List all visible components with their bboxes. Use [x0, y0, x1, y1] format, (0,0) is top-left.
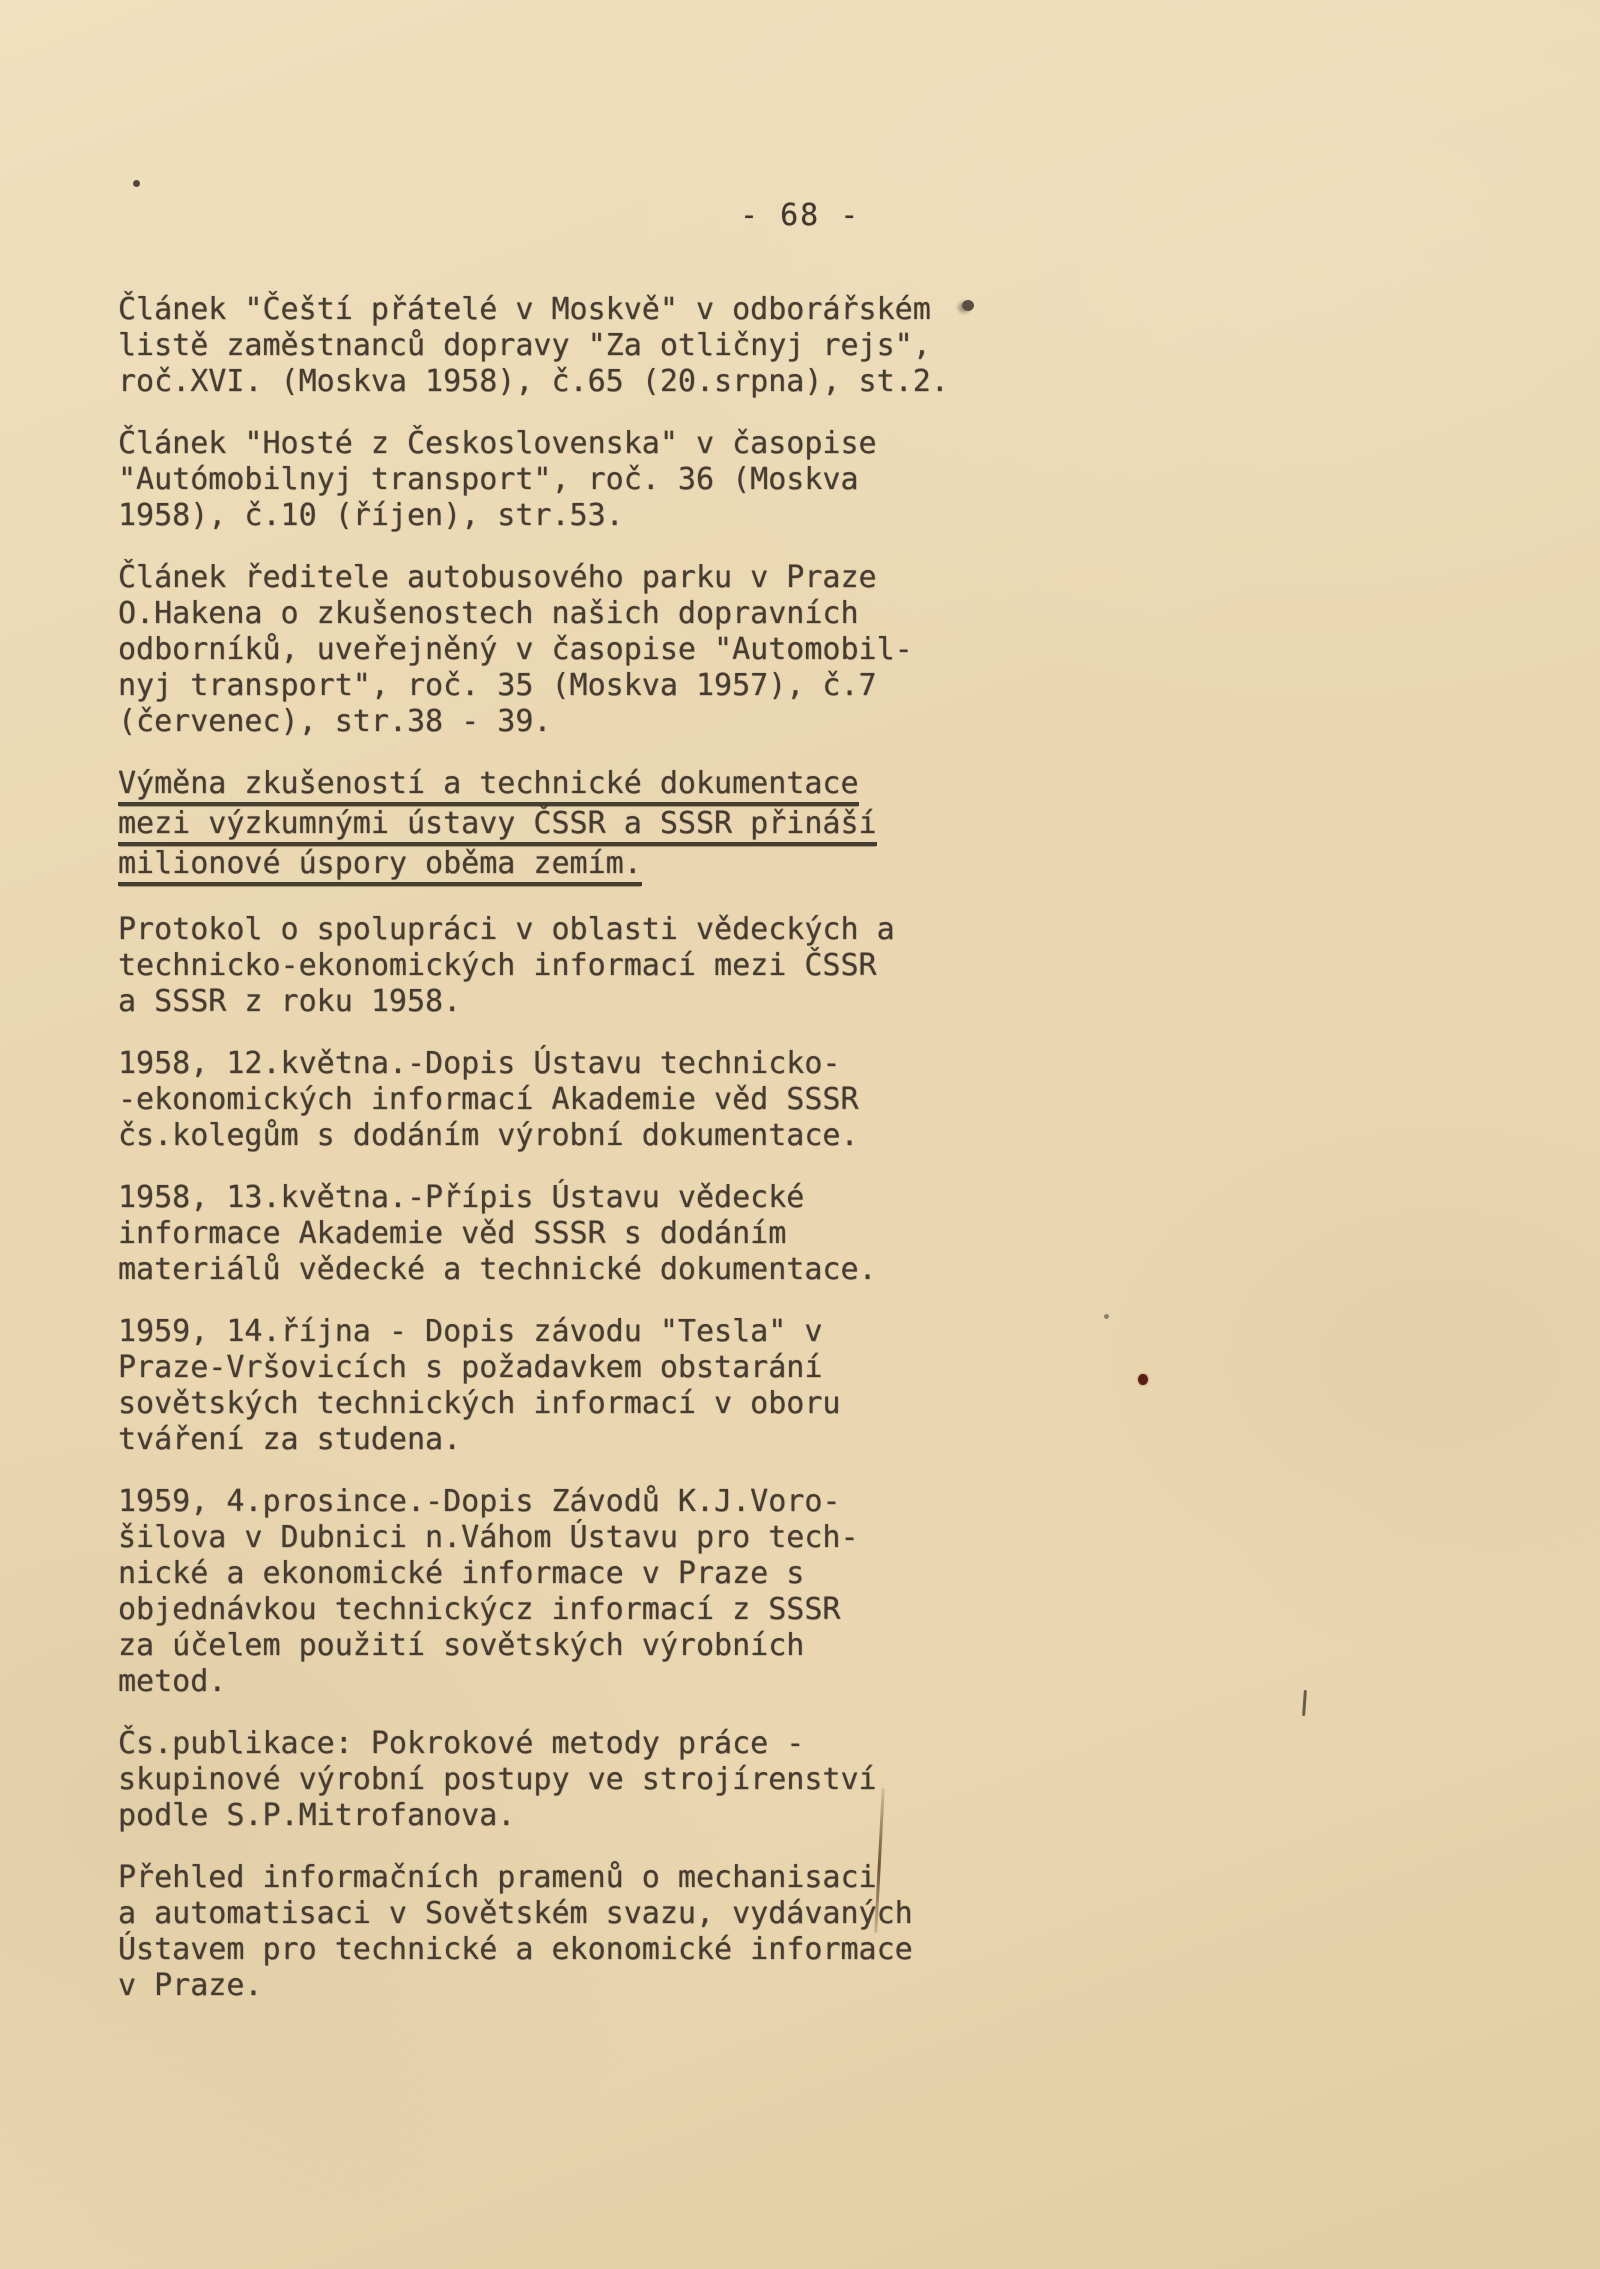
- paragraph: Článek "Čeští přátelé v Moskvě" v odborá…: [118, 292, 1018, 400]
- text-line: Článek "Hosté z Československa" v časopi…: [118, 426, 1018, 462]
- text-line: metod.: [118, 1664, 1018, 1700]
- underlined-heading: Výměna zkušeností a technické dokumentac…: [118, 766, 1018, 886]
- paragraph: 1958, 12.května.-Dopis Ústavu technicko-…: [118, 1046, 1018, 1154]
- text-line: nické a ekonomické informace v Praze s: [118, 1556, 1018, 1592]
- page-number: - 68 -: [740, 198, 860, 233]
- text-line: objednávkou technickýcz informací z SSSR: [118, 1592, 1018, 1628]
- text-line: roč.XVI. (Moskva 1958), č.65 (20.srpna),…: [118, 364, 1018, 400]
- paragraph: Přehled informačních pramenů o mechanisa…: [118, 1860, 1018, 2004]
- text-line: 1958, 13.května.-Přípis Ústavu vědecké: [118, 1180, 1018, 1216]
- paper-speck: [1104, 1314, 1109, 1319]
- text-line: 1959, 4.prosince.-Dopis Závodů K.J.Voro-: [118, 1484, 1018, 1520]
- text-line: Protokol o spolupráci v oblasti vědeckýc…: [118, 912, 1018, 948]
- text-line: "Autómobilnyj transport", roč. 36 (Moskv…: [118, 462, 1018, 498]
- text-line: šilova v Dubnici n.Váhom Ústavu pro tech…: [118, 1520, 1018, 1556]
- text-line: Výměna zkušeností a technické dokumentac…: [118, 766, 1018, 806]
- text-line: technicko-ekonomických informací mezi ČS…: [118, 948, 1018, 984]
- document-body: Článek "Čeští přátelé v Moskvě" v odborá…: [118, 292, 1018, 2030]
- text-line: 1958), č.10 (říjen), str.53.: [118, 498, 1018, 534]
- text-line: tváření za studena.: [118, 1422, 1018, 1458]
- text-line: Přehled informačních pramenů o mechanisa…: [118, 1860, 1018, 1896]
- text-line: v Praze.: [118, 1968, 1018, 2004]
- text-line: čs.kolegům s dodáním výrobní dokumentace…: [118, 1118, 1018, 1154]
- text-line: 1958, 12.května.-Dopis Ústavu technicko-: [118, 1046, 1018, 1082]
- paragraph: Protokol o spolupráci v oblasti vědeckýc…: [118, 912, 1018, 1020]
- text-line: informace Akademie věd SSSR s dodáním: [118, 1216, 1018, 1252]
- ink-blot: [962, 300, 974, 311]
- paragraph: 1958, 13.května.-Přípis Ústavu vědeckéin…: [118, 1180, 1018, 1288]
- text-line: 1959, 14.října - Dopis závodu "Tesla" v: [118, 1314, 1018, 1350]
- text-line: Praze-Vršovicích s požadavkem obstarání: [118, 1350, 1018, 1386]
- text-line: a SSSR z roku 1958.: [118, 984, 1018, 1020]
- text-line: listě zaměstnanců dopravy "Za otličnyj r…: [118, 328, 1018, 364]
- text-line: milionové úspory oběma zemím.: [118, 846, 1018, 886]
- paragraph: 1959, 4.prosince.-Dopis Závodů K.J.Voro-…: [118, 1484, 1018, 1700]
- text-line: -ekonomických informací Akademie věd SSS…: [118, 1082, 1018, 1118]
- text-line: nyj transport", roč. 35 (Moskva 1957), č…: [118, 668, 1018, 704]
- text-line: (červenec), str.38 - 39.: [118, 704, 1018, 740]
- text-line: Ústavem pro technické a ekonomické infor…: [118, 1932, 1018, 1968]
- text-line: odborníků, uveřejněný v časopise "Automo…: [118, 632, 1018, 668]
- paper-speck: [133, 180, 140, 187]
- paragraph: 1959, 14.října - Dopis závodu "Tesla" vP…: [118, 1314, 1018, 1458]
- paper-speck: [1138, 1374, 1148, 1385]
- text-line: materiálů vědecké a technické dokumentac…: [118, 1252, 1018, 1288]
- text-line: mezi výzkumnými ústavy ČSSR a SSSR přiná…: [118, 806, 1018, 846]
- text-line: Článek "Čeští přátelé v Moskvě" v odborá…: [118, 292, 1018, 328]
- text-line: a automatisaci v Sovětském svazu, vydáva…: [118, 1896, 1018, 1932]
- scanned-document-page: { "document": { "page_number": "- 68 -",…: [0, 0, 1600, 2269]
- text-line: Článek ředitele autobusového parku v Pra…: [118, 560, 1018, 596]
- paragraph: Článek "Hosté z Československa" v časopi…: [118, 426, 1018, 534]
- text-line: sovětských technických informací v oboru: [118, 1386, 1018, 1422]
- stray-pen-mark: [1302, 1690, 1307, 1716]
- text-line: O.Hakena o zkušenostech našich dopravníc…: [118, 596, 1018, 632]
- text-line: Čs.publikace: Pokrokové metody práce -: [118, 1726, 1018, 1762]
- text-line: za účelem použití sovětských výrobních: [118, 1628, 1018, 1664]
- paragraph: Článek ředitele autobusového parku v Pra…: [118, 560, 1018, 740]
